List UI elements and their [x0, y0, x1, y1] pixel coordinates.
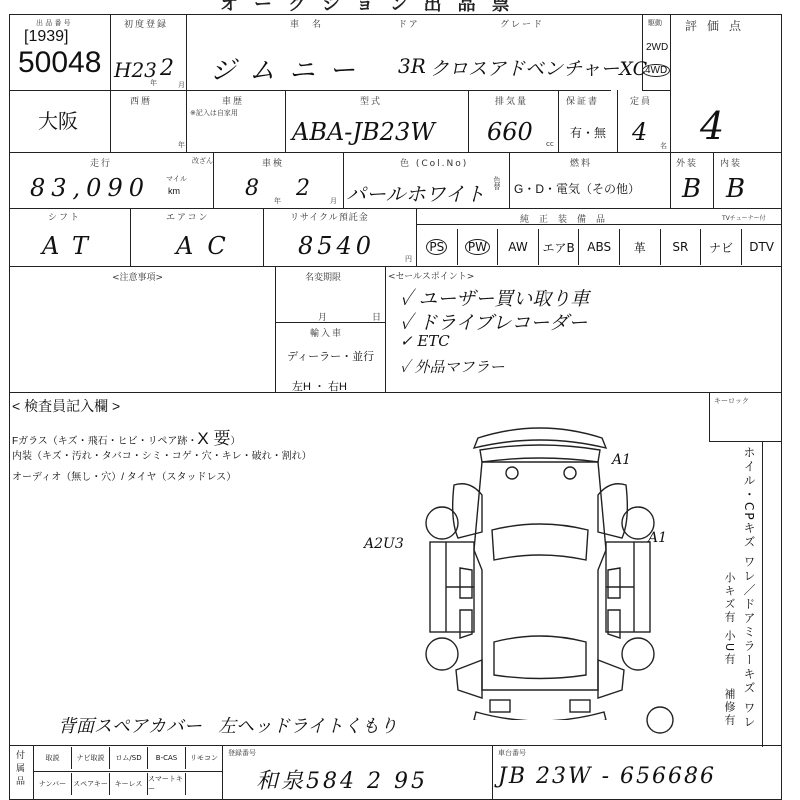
capacity-unit: 名 [660, 141, 667, 151]
annotation-left: A2U3 [364, 536, 404, 552]
history-label: 車歴 [222, 94, 244, 107]
accessory-item: 取説 [33, 747, 71, 769]
equipment-pw: PW [457, 229, 498, 265]
year-unit: 年 [150, 78, 157, 88]
ac-value: AC [176, 232, 240, 260]
notes-label: <注意事項> [112, 270, 163, 283]
bottom-note-1: 背面スペアカバー [58, 712, 202, 738]
interior-line: 内装（キズ・汚れ・タバコ・シミ・コゲ・穴・キレ・破れ・割れ） [12, 447, 312, 462]
odometer-label: 改ざん [192, 156, 213, 166]
chassis-label: 車台番号 [498, 748, 526, 758]
sales-point: ✓ 外品マフラー [400, 356, 504, 377]
lot-number: 50048 [18, 46, 101, 80]
side-text: ホイル・CPキズ ワレ／ドアミラーキズ ワレ [742, 446, 756, 729]
model-value: ABA-JB23W [292, 118, 435, 146]
year-unit-2: 年 [178, 140, 185, 150]
mileage-label: 走行 [90, 156, 112, 169]
first-reg-label: 初度登録 [124, 17, 168, 30]
yen-unit: 円 [405, 254, 412, 264]
inspection-month-unit: 月 [330, 196, 337, 206]
name-change-month: 月 [318, 310, 329, 323]
side-repair: 補修有 [722, 688, 736, 727]
equipment-aw: AW [497, 229, 538, 265]
inspection-label: 車検 [262, 156, 284, 169]
shift-value: AT [42, 232, 102, 260]
accessories-label: 付属品 [14, 750, 24, 789]
accessory-item: スペアキー [71, 773, 109, 795]
first-reg-month: 2 [160, 56, 174, 81]
bottom-note-2: 左ヘッドライトくもり [218, 712, 397, 738]
circle-marker-icon [645, 705, 675, 735]
equipment-ps: PS [416, 229, 457, 265]
sales-point: ✓ ドライブレコーダー [400, 308, 587, 335]
warranty-label: 保証書 [566, 94, 599, 107]
tuner-label: TVチューナー付 [722, 213, 766, 222]
inspection-year: 8 [245, 176, 259, 201]
lot-caption: 出 品 番 号 [36, 18, 71, 28]
name-change-day: 日 [372, 310, 383, 323]
score-label: 評価点 [685, 17, 751, 34]
accessory-item [185, 773, 222, 795]
displacement-label: 排気量 [495, 94, 528, 107]
windshield-mark: X 要 [197, 429, 230, 448]
equipment-dtv: DTV [741, 229, 782, 265]
exterior-label: 外装 [676, 156, 698, 169]
color-label: 色 (Col.No) [400, 156, 468, 169]
grade-label: グレード [500, 17, 544, 30]
ac-label: エアコン [166, 210, 210, 223]
shift-label: シフト [48, 210, 81, 223]
import-options: ディーラー・並行 [287, 348, 374, 364]
steering-options: 左H ・ 右H [292, 378, 347, 394]
fuel-label: 燃料 [570, 156, 592, 169]
inspection-year-unit: 年 [274, 196, 281, 206]
accessory-item: B-CAS [147, 747, 185, 769]
registration-value: 和泉584 2 95 [256, 764, 428, 795]
nenshiki-label: 西暦 [130, 94, 152, 107]
recycle-label: リサイクル預託金 [290, 210, 369, 223]
side-small-scratch: 小キズ有 [722, 572, 736, 624]
windshield-text: Fガラス（キズ・飛石・ヒビ・リペア跡・ [12, 436, 197, 447]
history-note: ※記入は自家用 [190, 108, 238, 118]
inspector-label: < 検査員記入欄 > [12, 396, 120, 416]
sales-label: <セールスポイント> [388, 269, 474, 282]
score-value: 4 [700, 104, 724, 148]
audio-line: オーディオ（無し・穴）/ タイヤ（スタッドレス） [12, 468, 236, 483]
import-label: 輸入車 [310, 326, 343, 339]
equipment-label: 純正装備品 [520, 212, 615, 225]
sales-point: ✓ ユーザー買い取り車 [400, 284, 589, 311]
cc-unit: cc [546, 140, 554, 148]
interior-label: 内装 [720, 156, 742, 169]
inspection-month: 2 [296, 176, 310, 201]
car-name-label: 車 名 [290, 17, 323, 30]
chassis-value: JB 23W - 656686 [498, 764, 716, 789]
capacity-value: 4 [632, 118, 647, 146]
equipment-abs: ABS [578, 229, 619, 265]
door-label: ドア [398, 17, 420, 30]
equipment-革: 革 [619, 229, 660, 265]
color-change-label: 色替 [492, 176, 502, 190]
name-change-label: 名変期限 [305, 270, 341, 283]
sales-point: ✓ ETC [400, 332, 450, 350]
exterior-value: B [682, 174, 701, 204]
color-value: パールホワイト [346, 178, 485, 207]
displacement-value: 660 [487, 118, 533, 146]
accessory-item: ナンバー [33, 773, 71, 795]
accessory-item: キーレス [109, 773, 147, 795]
location: 大阪 [38, 105, 78, 134]
registration-label: 登録番号 [228, 748, 256, 758]
keylock-label: キーロック [714, 396, 749, 406]
mile-unit: マイル [166, 174, 187, 184]
annotation-front-right: A1 [612, 452, 631, 468]
side-small-dent: 小U有 [722, 630, 736, 666]
accessory-item: スマートキー [147, 773, 185, 795]
accessory-item: ナビ取説 [71, 747, 109, 769]
accessory-item: リモコン [185, 747, 222, 769]
equipment-sr: SR [660, 229, 701, 265]
interior-value: B [726, 174, 745, 204]
lot-prefix: [1939] [24, 28, 68, 46]
fuel-options: G・D・電気（その他） [514, 180, 640, 197]
capacity-label: 定員 [630, 94, 652, 107]
door-value: 3R [398, 54, 426, 78]
car-name-value: ジムニー [210, 50, 369, 87]
month-unit: 月 [178, 80, 185, 90]
grade-value: クロスアドベンチャーXC [430, 54, 647, 81]
km-unit: km [168, 186, 180, 196]
windshield-line: Fガラス（キズ・飛石・ヒビ・リペア跡・X 要） [12, 424, 240, 449]
warranty-options: 有・無 [570, 124, 606, 141]
mileage-value: 83,090 [30, 174, 150, 202]
annotation-right: A1 [648, 530, 667, 546]
recycle-value: 8540 [298, 232, 375, 260]
model-label: 型式 [360, 94, 382, 107]
equipment-エアb: エアB [538, 229, 579, 265]
drive-4wd-selected: 4WD [642, 64, 670, 77]
equipment-ナビ: ナビ [700, 229, 741, 265]
drive-label: 駆動 [648, 18, 662, 28]
drive-2wd: 2WD [646, 42, 668, 53]
windshield-end: ） [230, 436, 240, 447]
accessory-item: ロム/SD [109, 747, 147, 769]
